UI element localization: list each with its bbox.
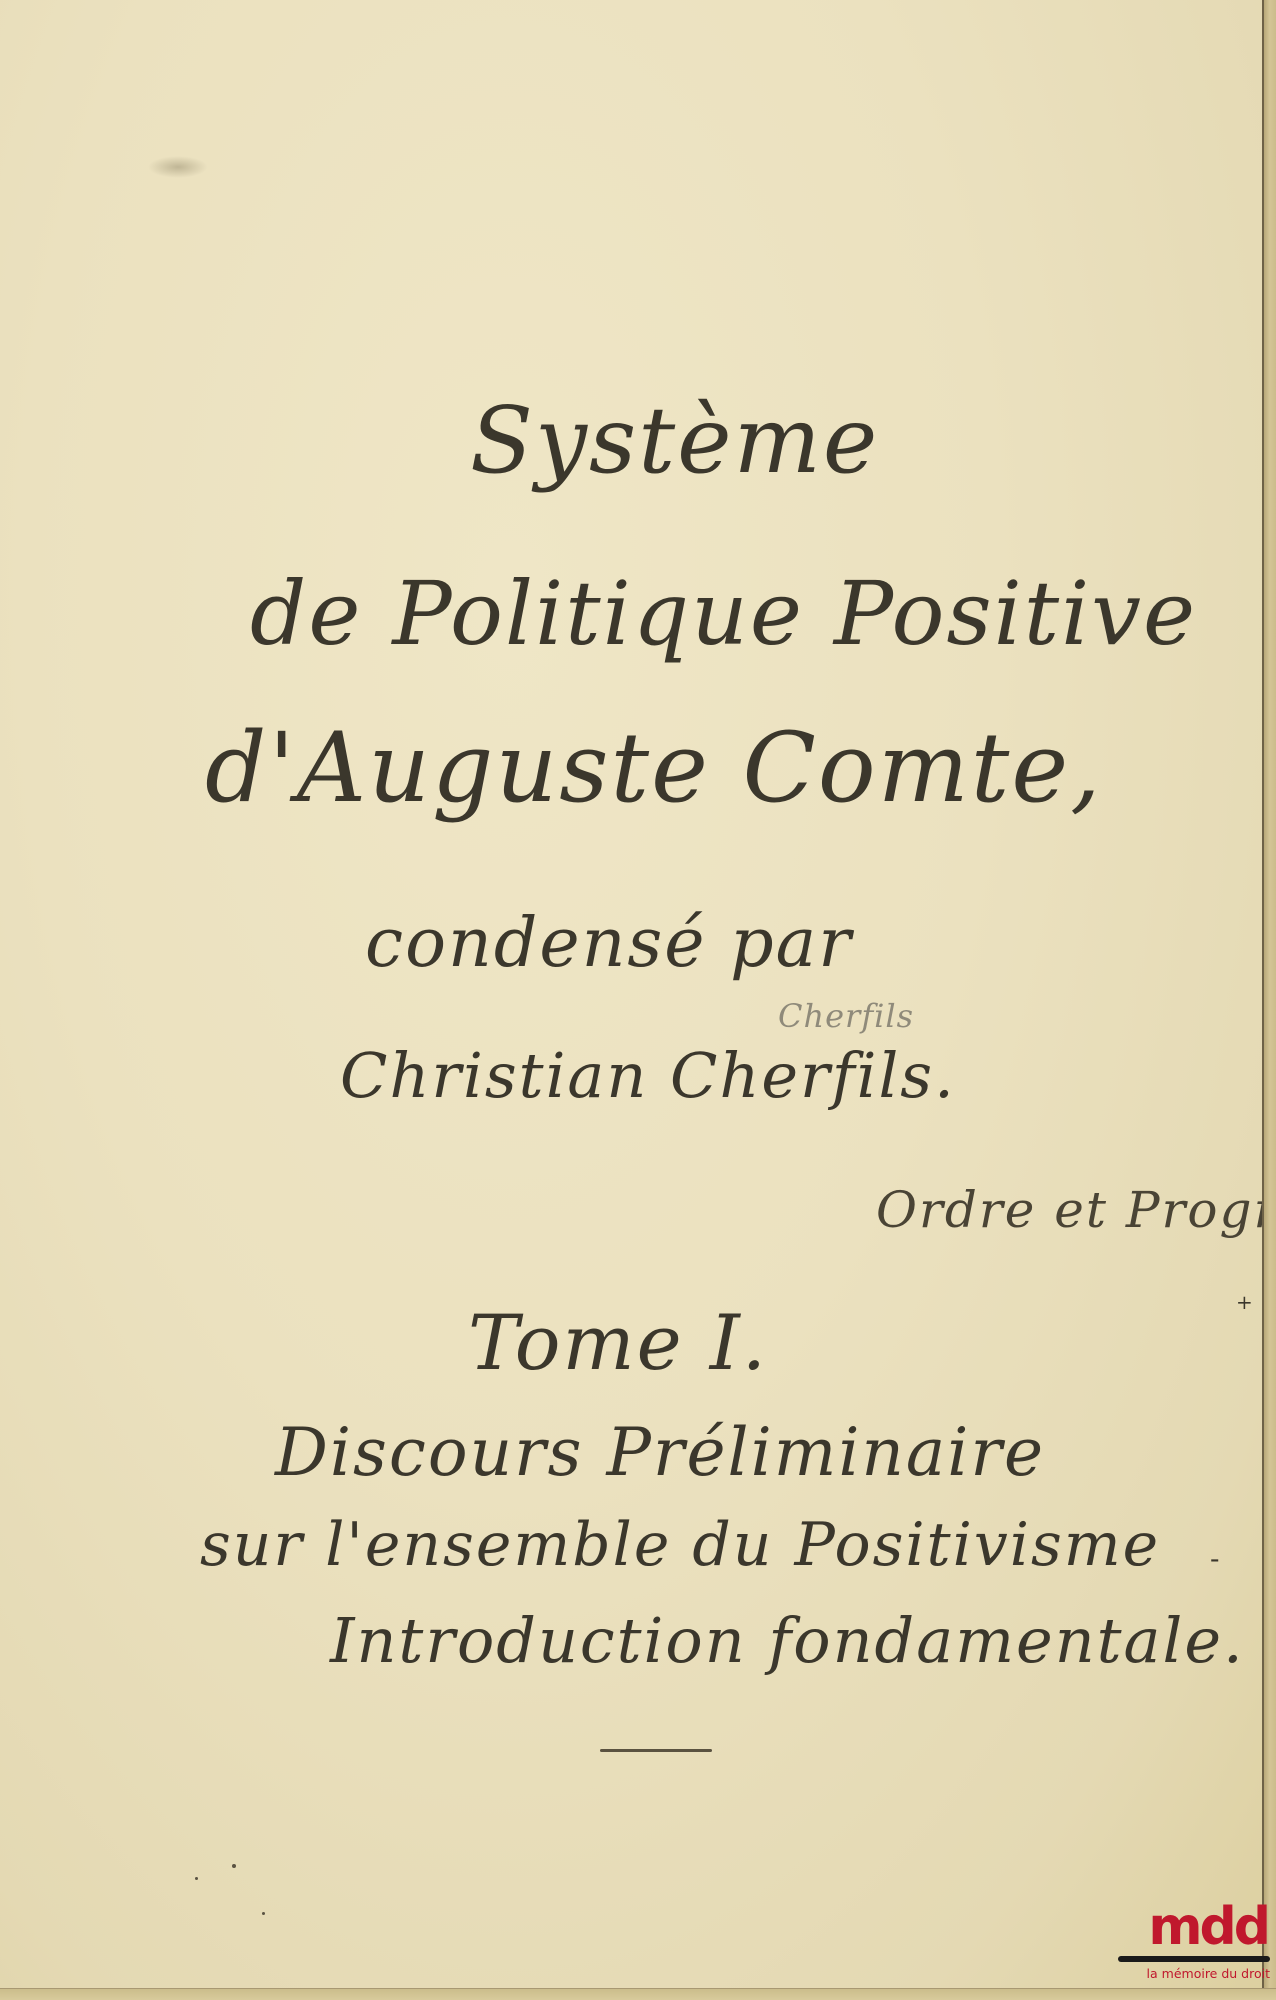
page-edge-right [1262, 0, 1276, 2000]
manuscript-page: Système de Politique Positive d'Auguste … [0, 0, 1276, 2000]
subtitle-ensemble-positivisme: sur l'ensemble du Positivisme [200, 1515, 1160, 1575]
logo-mark: mdd [1112, 1902, 1272, 1952]
ink-stain [148, 156, 208, 178]
title-auguste-comte: d'Auguste Comte, [205, 720, 1103, 816]
title-politique-positive: de Politique Positive [250, 570, 1197, 658]
plus-mark: + [1236, 1292, 1255, 1312]
condense-par: condensé par [365, 910, 853, 978]
paper-speck [195, 1877, 198, 1880]
title-systeme: Système [470, 395, 879, 487]
separator-rule [600, 1749, 712, 1752]
subtitle-discours-preliminaire: Discours Préliminaire [275, 1420, 1045, 1486]
paper-speck [262, 1912, 265, 1915]
page-edge-bottom [0, 1988, 1276, 2000]
author-christian-cherfils: Christian Cherfils. [340, 1045, 956, 1107]
volume-tome-i: Tome I. [468, 1305, 768, 1381]
motto-ordre-et-progres: Ordre et Progrès [876, 1185, 1276, 1235]
logo-tagline: la mémoire du droit [1112, 1966, 1272, 1981]
pencil-annotation-cherfils: Cherfils [778, 1000, 914, 1032]
paper-speck [232, 1864, 236, 1868]
mdd-logo: mdd la mémoire du droit [1112, 1902, 1272, 1994]
dash-mark: - [1210, 1545, 1221, 1573]
subtitle-introduction-fondamentale: Introduction fondamentale. [330, 1610, 1245, 1672]
